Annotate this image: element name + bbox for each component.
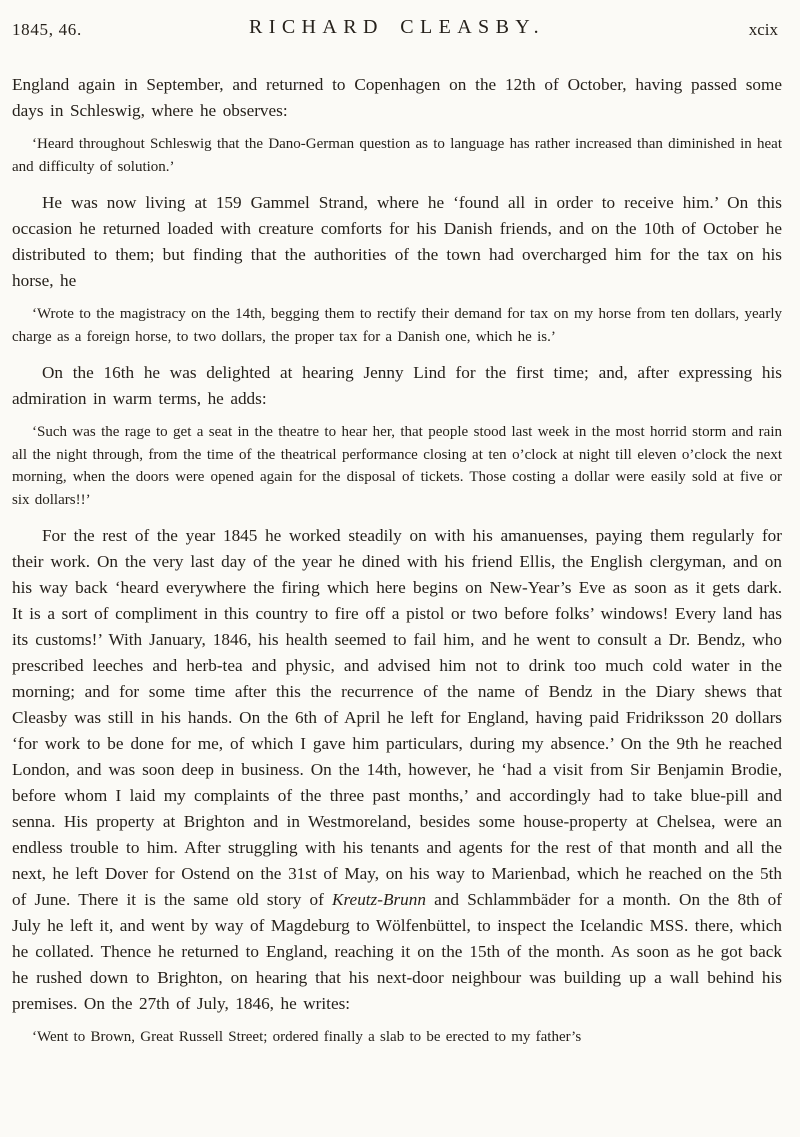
quoted-extract-1: ‘Heard throughout Schleswig that the Dan…	[12, 133, 782, 178]
running-title: RICHARD CLEASBY.	[12, 16, 782, 39]
quoted-extract-3: ‘Such was the rage to get a seat in the …	[12, 421, 782, 511]
paragraph-2: He was now living at 159 Gammel Strand, …	[12, 190, 782, 294]
italic-term: Kreutz-Brunn	[332, 890, 426, 909]
running-head: 1845, 46. RICHARD CLEASBY. xcix	[12, 14, 782, 48]
folio-number: xcix	[749, 20, 778, 40]
quoted-extract-2: ‘Wrote to the magistracy on the 14th, be…	[12, 303, 782, 348]
paragraph-4: For the rest of the year 1845 he worked …	[12, 523, 782, 1017]
book-page: 1845, 46. RICHARD CLEASBY. xcix England …	[0, 0, 800, 1137]
paragraph-3: On the 16th he was delighted at hearing …	[12, 360, 782, 412]
paragraph-4-text: For the rest of the year 1845 he worked …	[12, 526, 782, 909]
paragraph-continuation: England again in September, and returned…	[12, 72, 782, 124]
quoted-extract-4: ‘Went to Brown, Great Russell Street; or…	[12, 1026, 782, 1049]
page-body: England again in September, and returned…	[12, 72, 782, 1049]
